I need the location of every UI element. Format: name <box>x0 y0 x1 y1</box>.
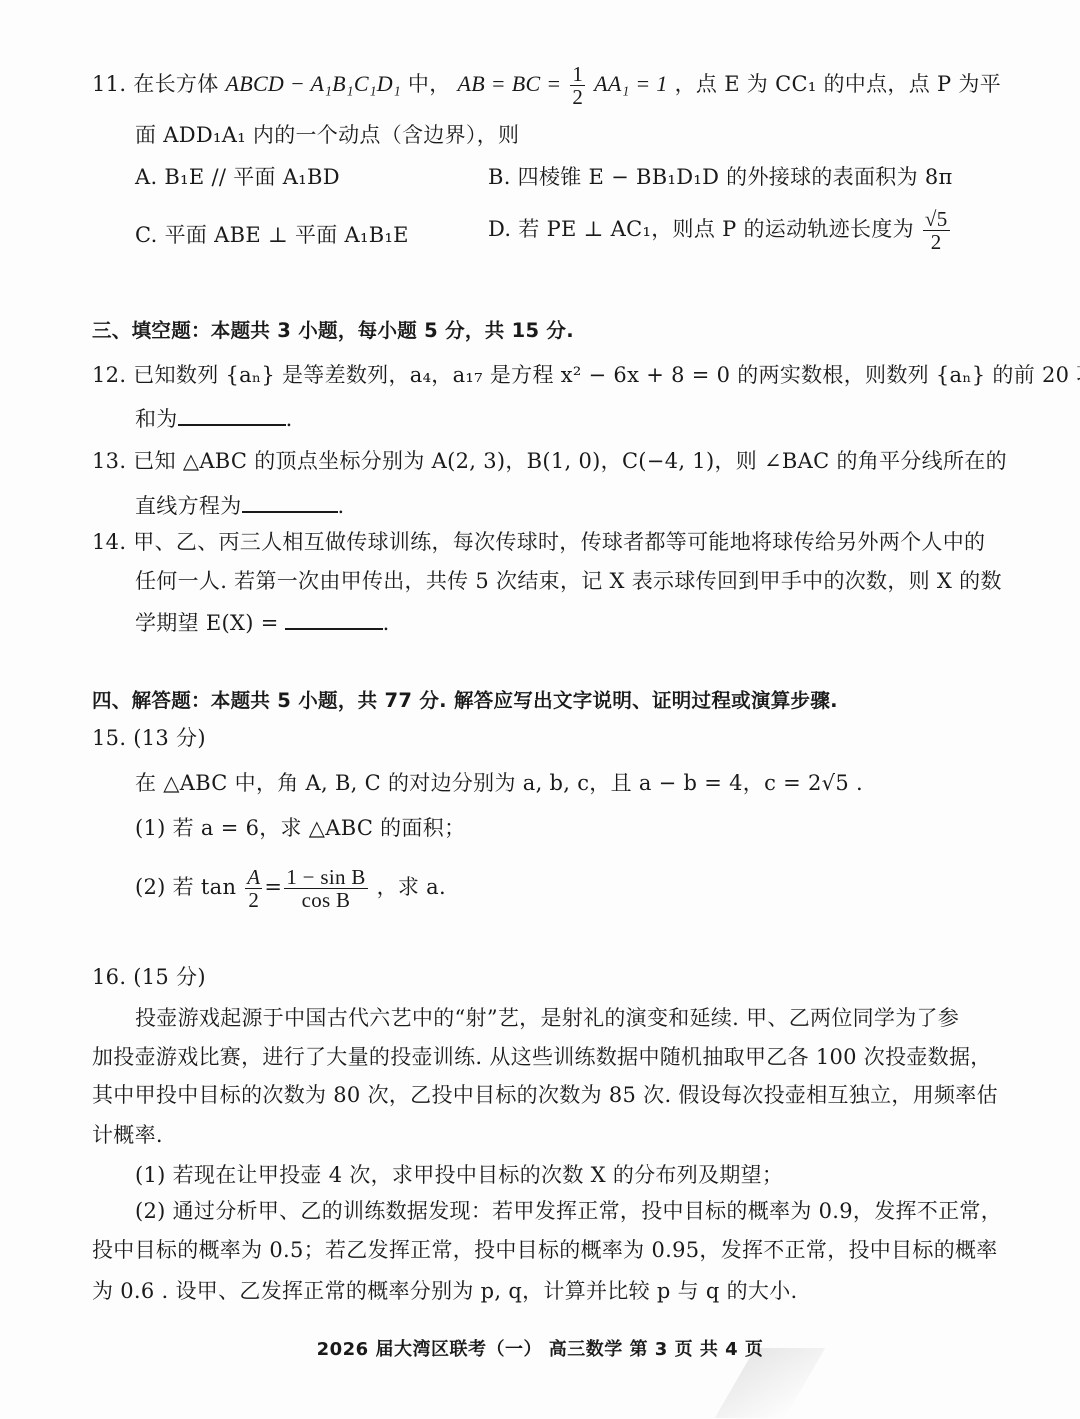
q14-text1: 甲、乙、丙三人相互做传球训练，每次传球时，传球者都等可能地将球传给另外两个人中的 <box>133 530 985 554</box>
q11-option-a: A. B₁E // 平面 A₁BD <box>135 162 340 192</box>
q15-frac2-den: cos B <box>284 889 367 911</box>
q15-frac1-den: 2 <box>245 889 262 911</box>
q13-text: 已知 △ABC 的顶点坐标分别为 A(2, 3)，B(1, 0)，C(−4, 1… <box>133 449 1007 473</box>
q13-number: 13. <box>92 449 126 473</box>
q11-text-b: 中， <box>408 72 451 96</box>
q15-part1: (1) 若 a = 6，求 △ABC 的面积； <box>135 813 465 843</box>
q11-fraction: 1 2 <box>570 63 585 108</box>
q11-d-frac-num: √5 <box>923 208 950 231</box>
q11-eq-left: AB = BC = <box>457 71 561 96</box>
q12-prefix: 和为 <box>135 407 178 431</box>
q11-option-c: C. 平面 ABE ⊥ 平面 A₁B₁E <box>135 220 409 250</box>
q14-prefix: 学期望 E(X) = <box>135 611 279 635</box>
q11-eq-right: AA₁ = 1 <box>594 71 667 96</box>
q16-para-line1: 投壶游戏起源于中国古代六艺中的“射”艺，是射礼的演变和延续. 甲、乙两位同学为了… <box>135 1003 959 1033</box>
q16-para-line2: 加投壶游戏比赛，进行了大量的投壶训练. 从这些训练数据中随机抽取甲乙各 100 … <box>92 1042 992 1072</box>
section4-heading: 四、解答题：本题共 5 小题，共 77 分. 解答应写出文字说明、证明过程或演算… <box>92 686 838 716</box>
section3-heading: 三、填空题：本题共 3 小题，每小题 5 分，共 15 分. <box>92 316 574 346</box>
q11-solid: ABCD − A₁B₁C₁D₁ <box>225 71 400 96</box>
q11-option-b: B. 四棱锥 E − BB₁D₁D 的外接球的表面积为 8π <box>488 162 953 192</box>
q15-part2: (2) 若 tan A 2 = 1 − sin B cos B ，求 a. <box>135 866 446 911</box>
q16-header: 16. (15 分) <box>92 962 206 992</box>
q11-d-frac-den: 2 <box>923 231 950 253</box>
exam-page: 11. 在长方体 ABCD − A₁B₁C₁D₁ 中， AB = BC = 1 … <box>0 0 1080 1419</box>
q15-frac2-num: 1 − sin B <box>284 866 367 889</box>
q15-frac-a-over-2: A 2 <box>245 866 262 911</box>
q15-part2-prefix: (2) 若 tan <box>135 875 236 899</box>
q11-frac-den: 2 <box>570 86 585 108</box>
q12-text: 已知数列 {aₙ} 是等差数列，a₄，a₁₇ 是方程 x² − 6x + 8 =… <box>133 363 1080 387</box>
q15-equals: = <box>264 875 282 899</box>
q14-line3: 学期望 E(X) =. <box>135 606 390 638</box>
q12-line1: 12. 已知数列 {aₙ} 是等差数列，a₄，a₁₇ 是方程 x² − 6x +… <box>92 360 1080 390</box>
q14-suffix: . <box>383 611 390 635</box>
q12-line2: 和为. <box>135 402 293 434</box>
q11-text-a: 在长方体 <box>133 72 218 96</box>
q11-option-d-fraction: √5 2 <box>923 208 950 253</box>
q15-part2-suffix: ，求 a. <box>377 875 446 899</box>
q12-suffix: . <box>286 407 293 431</box>
q16-part2-line1: (2) 通过分析甲、乙的训练数据发现：若甲发挥正常，投中目标的概率为 0.9，发… <box>135 1196 1002 1226</box>
q15-frac-sin-cos: 1 − sin B cos B <box>284 866 367 911</box>
q16-part2-line2: 投中目标的概率为 0.5；若乙发挥正常，投中目标的概率为 0.95，发挥不正常，… <box>92 1235 998 1265</box>
page-footer: 2026 届大湾区联考（一） 高三数学 第 3 页 共 4 页 <box>0 1335 1080 1361</box>
q12-answer-blank[interactable] <box>178 402 286 426</box>
q14-line2: 任何一人. 若第一次由甲传出，共传 5 次结束，记 X 表示球传回到甲手中的次数… <box>135 566 1002 596</box>
q11-option-d: D. 若 PE ⊥ AC₁，则点 P 的运动轨迹长度为 √5 2 <box>488 208 952 253</box>
q14-number: 14. <box>92 530 126 554</box>
q11-line1: 11. 在长方体 ABCD − A₁B₁C₁D₁ 中， AB = BC = 1 … <box>92 63 1001 108</box>
q13-line2: 直线方程为. <box>135 489 344 521</box>
q11-line2: 面 ADD₁A₁ 内的一个动点（含边界），则 <box>135 120 519 150</box>
q15-stem: 在 △ABC 中，角 A, B, C 的对边分别为 a, b, c，且 a − … <box>135 768 863 798</box>
q16-part2-line3: 为 0.6 . 设甲、乙发挥正常的概率分别为 p, q，计算并比较 p 与 q … <box>92 1276 797 1306</box>
q14-line1: 14. 甲、乙、丙三人相互做传球训练，每次传球时，传球者都等可能地将球传给另外两… <box>92 527 985 557</box>
q12-number: 12. <box>92 363 126 387</box>
q16-para-line3: 其中甲投中目标的次数为 80 次，乙投中目标的次数为 85 次. 假设每次投壶相… <box>92 1080 998 1110</box>
q11-option-d-text: D. 若 PE ⊥ AC₁，则点 P 的运动轨迹长度为 <box>488 217 914 241</box>
q11-text-c: ，点 E 为 CC₁ 的中点，点 P 为平 <box>675 72 1001 96</box>
q11-number: 11. <box>92 72 126 96</box>
q15-frac1-num: A <box>245 866 262 889</box>
q13-answer-blank[interactable] <box>242 489 338 513</box>
q11-frac-num: 1 <box>570 63 585 86</box>
q13-prefix: 直线方程为 <box>135 494 242 518</box>
q13-suffix: . <box>338 494 345 518</box>
q13-line1: 13. 已知 △ABC 的顶点坐标分别为 A(2, 3)，B(1, 0)，C(−… <box>92 446 1007 476</box>
q15-header: 15. (13 分) <box>92 723 206 753</box>
q14-answer-blank[interactable] <box>285 606 383 630</box>
q16-para-line4: 计概率. <box>92 1120 163 1150</box>
q16-part1: (1) 若现在让甲投壶 4 次，求甲投中目标的次数 X 的分布列及期望； <box>135 1160 783 1190</box>
